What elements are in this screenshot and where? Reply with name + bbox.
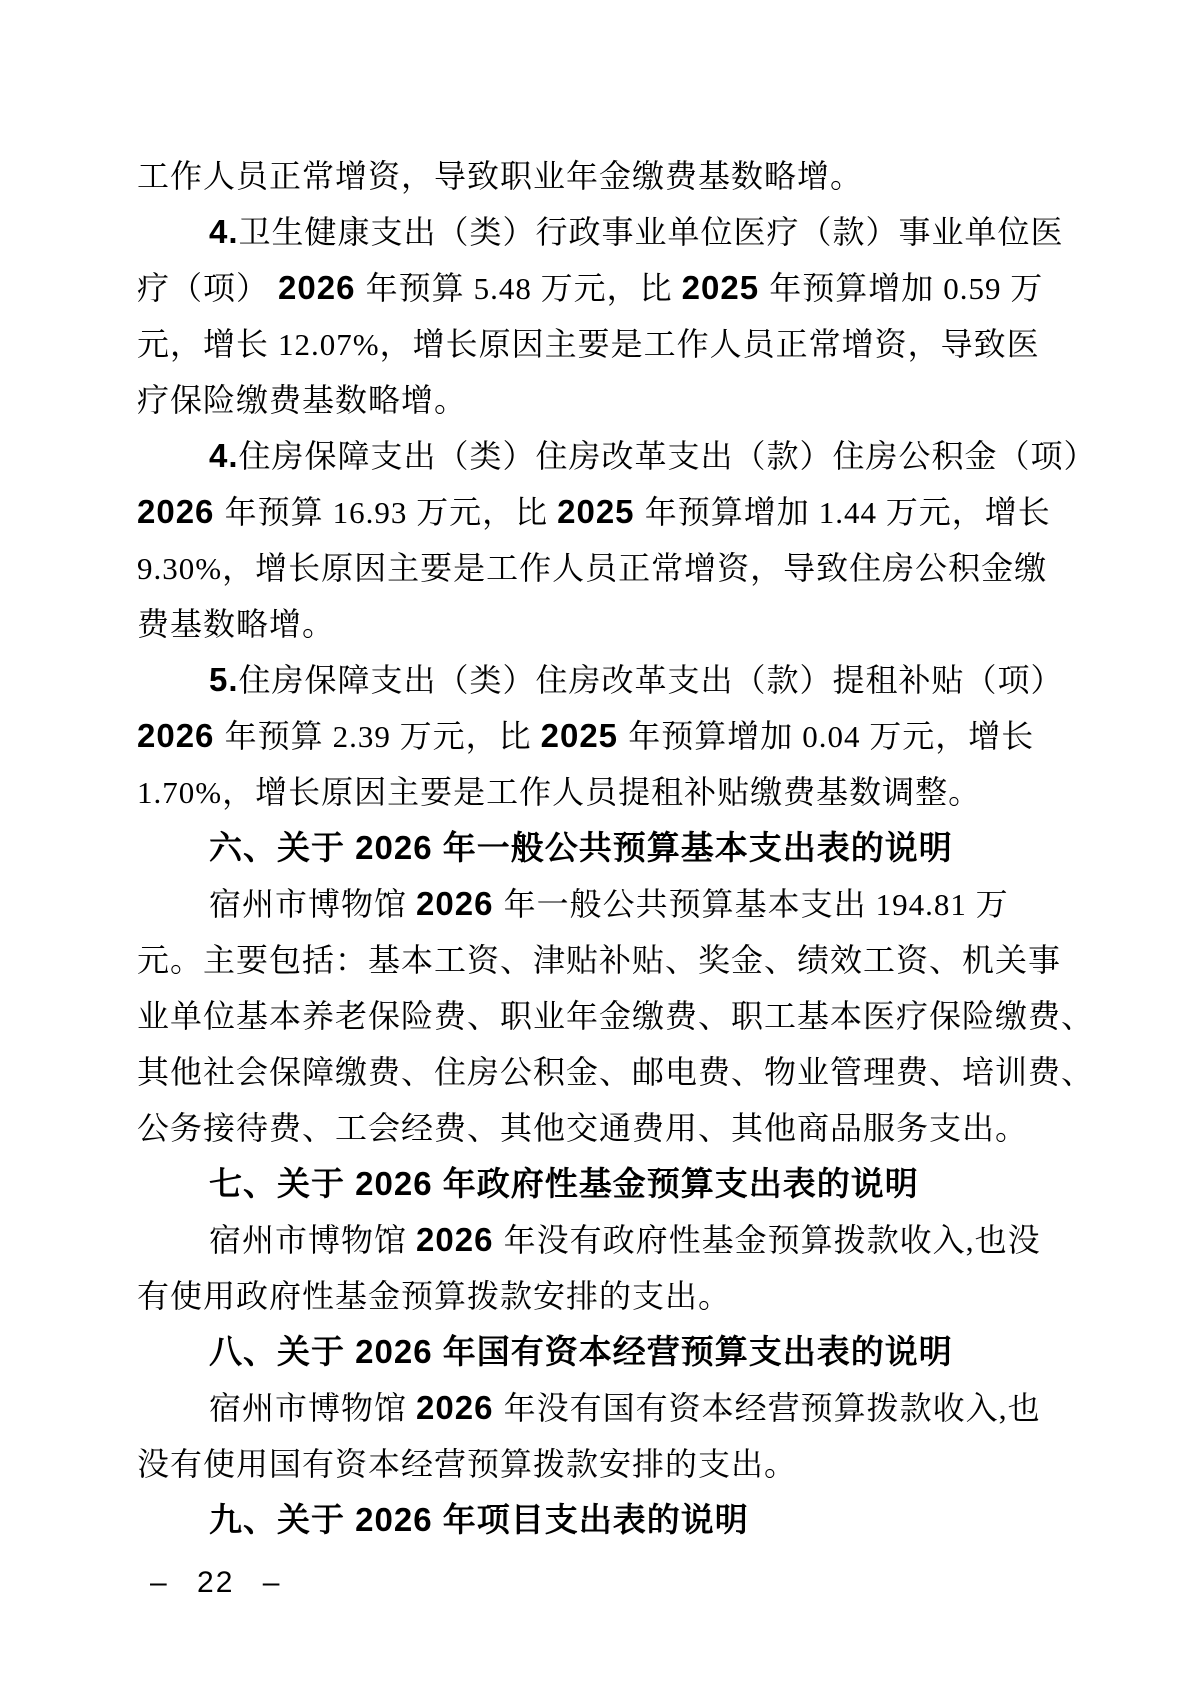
text-run: 年预算增加 — [628, 718, 802, 754]
section-heading: 八、关于 2026 年国有资本经营预算支出表的说明 — [137, 1324, 1062, 1380]
section-heading: 七、关于 2026 年政府性基金预算支出表的说明 — [137, 1156, 1062, 1212]
text-run: ，增长原因主要是工作人员正常增资，导致医 — [380, 326, 1040, 362]
text-run: 4. — [209, 213, 239, 250]
text-run: 年预算 — [366, 270, 474, 306]
text-run: 年预算增加 — [769, 270, 943, 306]
text-run: 其他社会保障缴费、住房公积金、邮电费、物业管理费、培训费、 — [137, 1054, 1094, 1090]
text-run: 2026 — [278, 269, 366, 306]
text-run: 2026 — [137, 493, 225, 530]
text-line: 疗保险缴费基数略增。 — [137, 372, 1062, 428]
text-line: 业单位基本养老保险费、职业年金缴费、职工基本医疗保险缴费、 — [137, 988, 1062, 1044]
text-run: 住房保障支出（类）住房改革支出（款）提租补贴（项） — [239, 662, 1064, 698]
text-run: 2026 — [416, 885, 504, 922]
text-run: 万 — [1010, 270, 1043, 306]
section-heading: 六、关于 2026 年一般公共预算基本支出表的说明 — [137, 820, 1062, 876]
text-run: 工作人员正常增资，导致职业年金缴费基数略增。 — [137, 158, 863, 194]
text-line: 5.住房保障支出（类）住房改革支出（款）提租补贴（项） — [137, 652, 1062, 708]
text-run: 业单位基本养老保险费、职业年金缴费、职工基本医疗保险缴费、 — [137, 998, 1094, 1034]
text-run: 年一般公共预算基本支出 — [504, 886, 876, 922]
text-run: 宿州市博物馆 — [209, 1390, 416, 1426]
text-run: 八、关于 2026 年国有资本经营预算支出表的说明 — [209, 1333, 953, 1370]
text-run: 七、关于 2026 年政府性基金预算支出表的说明 — [209, 1165, 919, 1202]
text-run: 有使用政府性基金预算拨款安排的支出。 — [137, 1278, 731, 1314]
section-heading: 九、关于 2026 年项目支出表的说明 — [137, 1492, 1062, 1548]
text-line: 4.住房保障支出（类）住房改革支出（款）住房公积金（项） — [137, 428, 1062, 484]
text-run: 0.59 — [943, 271, 1010, 306]
text-line: 4.卫生健康支出（类）行政事业单位医疗（款）事业单位医 — [137, 204, 1062, 260]
text-run: 年没有国有资本经营预算拨款收入,也 — [504, 1390, 1041, 1426]
text-run: 元，增长 — [137, 326, 278, 362]
text-run: 万 — [976, 886, 1009, 922]
text-run: 2026 — [416, 1221, 504, 1258]
text-line: 2026 年预算 16.93 万元，比 2025 年预算增加 1.44 万元，增… — [137, 484, 1062, 540]
text-run: 1.44 — [819, 495, 886, 530]
page-number: – 22 – — [150, 1563, 281, 1603]
text-run: ，增长原因主要是工作人员提租补贴缴费基数调整。 — [222, 774, 981, 810]
text-run: 万元，比 — [541, 270, 682, 306]
text-run: 年没有政府性基金预算拨款收入,也没 — [504, 1222, 1041, 1258]
document-page: 工作人员正常增资，导致职业年金缴费基数略增。4.卫生健康支出（类）行政事业单位医… — [0, 0, 1190, 1683]
text-run: 没有使用国有资本经营预算拨款安排的支出。 — [137, 1446, 797, 1482]
text-run: 9.30% — [137, 551, 222, 586]
text-line: 宿州市博物馆 2026 年没有国有资本经营预算拨款收入,也 — [137, 1380, 1062, 1436]
document-body: 工作人员正常增资，导致职业年金缴费基数略增。4.卫生健康支出（类）行政事业单位医… — [137, 148, 1062, 1548]
text-run: 六、关于 2026 年一般公共预算基本支出表的说明 — [209, 829, 953, 866]
text-run: 万元，增长 — [886, 494, 1051, 530]
text-run: 5.48 — [474, 271, 541, 306]
text-run: 2026 — [416, 1389, 504, 1426]
text-run: 万元，比 — [400, 718, 541, 754]
text-line: 2026 年预算 2.39 万元，比 2025 年预算增加 0.04 万元，增长 — [137, 708, 1062, 764]
text-run: 2025 — [682, 269, 770, 306]
text-line: 宿州市博物馆 2026 年没有政府性基金预算拨款收入,也没 — [137, 1212, 1062, 1268]
text-run: 年预算增加 — [645, 494, 819, 530]
text-run: 年预算 — [225, 494, 333, 530]
text-line: 元。主要包括：基本工资、津贴补贴、奖金、绩效工资、机关事 — [137, 932, 1062, 988]
text-line: 宿州市博物馆 2026 年一般公共预算基本支出 194.81 万 — [137, 876, 1062, 932]
text-run: 九、关于 2026 年项目支出表的说明 — [209, 1501, 749, 1538]
text-run: ，增长原因主要是工作人员正常增资，导致住房公积金缴 — [222, 550, 1047, 586]
text-run: 住房保障支出（类）住房改革支出（款）住房公积金（项） — [239, 438, 1097, 474]
text-run: 疗（项） — [137, 270, 278, 306]
text-run: 宿州市博物馆 — [209, 886, 416, 922]
text-run: 宿州市博物馆 — [209, 1222, 416, 1258]
text-run: 12.07% — [278, 327, 380, 362]
text-run: 元。主要包括：基本工资、津贴补贴、奖金、绩效工资、机关事 — [137, 942, 1061, 978]
text-run: 年预算 — [225, 718, 333, 754]
text-run: 公务接待费、工会经费、其他交通费用、其他商品服务支出。 — [137, 1110, 1028, 1146]
text-line: 其他社会保障缴费、住房公积金、邮电费、物业管理费、培训费、 — [137, 1044, 1062, 1100]
text-run: 1.70% — [137, 775, 222, 810]
text-line: 元，增长 12.07%，增长原因主要是工作人员正常增资，导致医 — [137, 316, 1062, 372]
text-line: 工作人员正常增资，导致职业年金缴费基数略增。 — [137, 148, 1062, 204]
text-run: 5. — [209, 661, 239, 698]
text-run: 2025 — [541, 717, 629, 754]
text-run: 2026 — [137, 717, 225, 754]
text-run: 费基数略增。 — [137, 606, 335, 642]
text-run: 疗保险缴费基数略增。 — [137, 382, 467, 418]
text-line: 公务接待费、工会经费、其他交通费用、其他商品服务支出。 — [137, 1100, 1062, 1156]
text-run: 4. — [209, 437, 239, 474]
text-run: 万元，比 — [416, 494, 557, 530]
text-run: 卫生健康支出（类）行政事业单位医疗（款）事业单位医 — [239, 214, 1064, 250]
text-run: 0.04 — [802, 719, 869, 754]
text-run: 2.39 — [333, 719, 400, 754]
text-run: 万元，增长 — [869, 718, 1034, 754]
text-run: 16.93 — [333, 495, 417, 530]
text-run: 194.81 — [876, 887, 976, 922]
text-line: 费基数略增。 — [137, 596, 1062, 652]
text-line: 有使用政府性基金预算拨款安排的支出。 — [137, 1268, 1062, 1324]
text-run: 2025 — [557, 493, 645, 530]
text-line: 没有使用国有资本经营预算拨款安排的支出。 — [137, 1436, 1062, 1492]
text-line: 9.30%，增长原因主要是工作人员正常增资，导致住房公积金缴 — [137, 540, 1062, 596]
text-line: 1.70%，增长原因主要是工作人员提租补贴缴费基数调整。 — [137, 764, 1062, 820]
text-line: 疗（项） 2026 年预算 5.48 万元，比 2025 年预算增加 0.59 … — [137, 260, 1062, 316]
